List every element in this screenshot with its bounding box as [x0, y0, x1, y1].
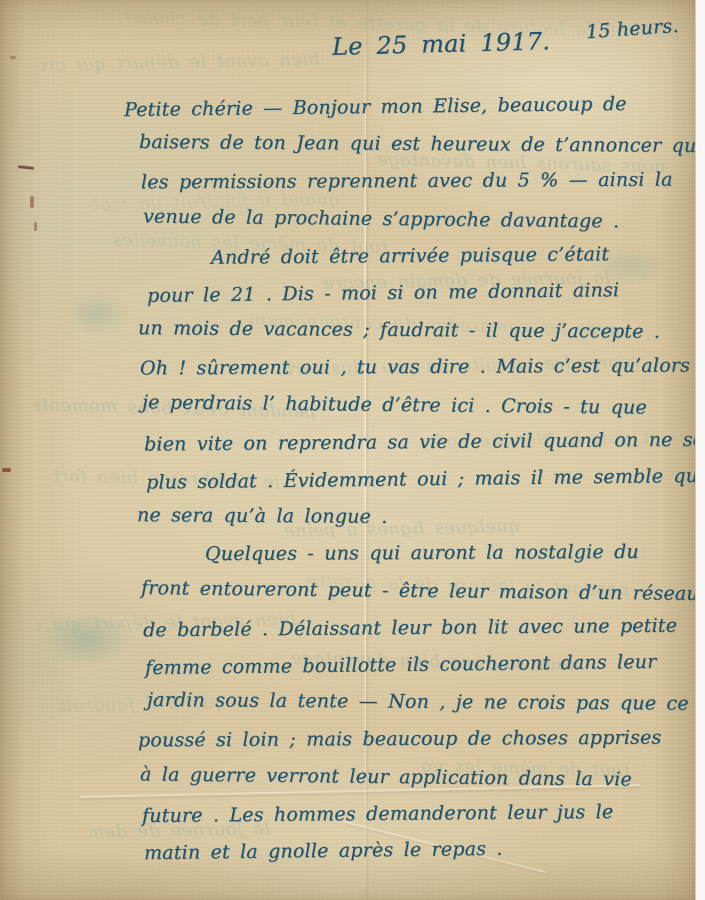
letter-line: les permissions reprennent avec du 5 % —… — [141, 169, 673, 194]
scan-background-strip — [695, 0, 705, 900]
letter-line: matin et la gnolle après le repas . — [144, 838, 503, 864]
letter-line: plus soldat . Évidemment oui ; mais il m… — [146, 464, 705, 493]
scanned-letter: pendant la lecture de la gazette et leur… — [0, 0, 705, 900]
letter-line: je perdrais l’ habitude d’être ici . Cro… — [142, 391, 647, 418]
letter-line: Oh ! sûrement oui , tu vas dire . Mais c… — [140, 355, 690, 380]
letter-line: jardin sous la tente — Non , je ne crois… — [147, 689, 705, 715]
letter-line: un mois de vacances ; faudrait - il que … — [138, 317, 660, 343]
letter-line: future . Les hommes demanderont leur jus… — [142, 801, 614, 827]
letter-date: Le 25 mai 1917. — [332, 27, 551, 61]
letter-line: venue de la prochaine s’approche davanta… — [143, 205, 619, 232]
letter-line: ne sera qu’à la longue . — [137, 504, 388, 528]
letter-line: à la guerre verront leur application dan… — [140, 763, 632, 790]
letter-text-layer: 15 heurs. Le 25 mai 1917. Petite chérie … — [0, 0, 696, 900]
letter-line: Quelques - uns qui auront la nostalgie d… — [205, 541, 639, 565]
letter-line: pour le 21 . Dis - moi si on me donnait … — [147, 279, 619, 307]
letter-line: front entoureront peut - être leur maiso… — [141, 577, 699, 605]
letter-line: de barbelé . Délaissant leur bon lit ave… — [143, 614, 677, 641]
letter-line: André doit être arrivée puisque c’était — [211, 243, 609, 268]
letter-line: baisers de ton Jean qui est heureux de t… — [139, 131, 705, 157]
letter-line: femme comme bouillotte ils coucheront da… — [145, 651, 657, 679]
letter-line: Petite chérie — Bonjour mon Elise, beauc… — [124, 93, 627, 121]
letter-line: bien vite on reprendra sa vie de civil q… — [144, 428, 705, 455]
letter-paper: pendant la lecture de la gazette et leur… — [0, 0, 696, 900]
letter-line: poussé si loin ; mais beaucoup de choses… — [138, 727, 662, 752]
letter-time: 15 heurs. — [585, 15, 679, 43]
